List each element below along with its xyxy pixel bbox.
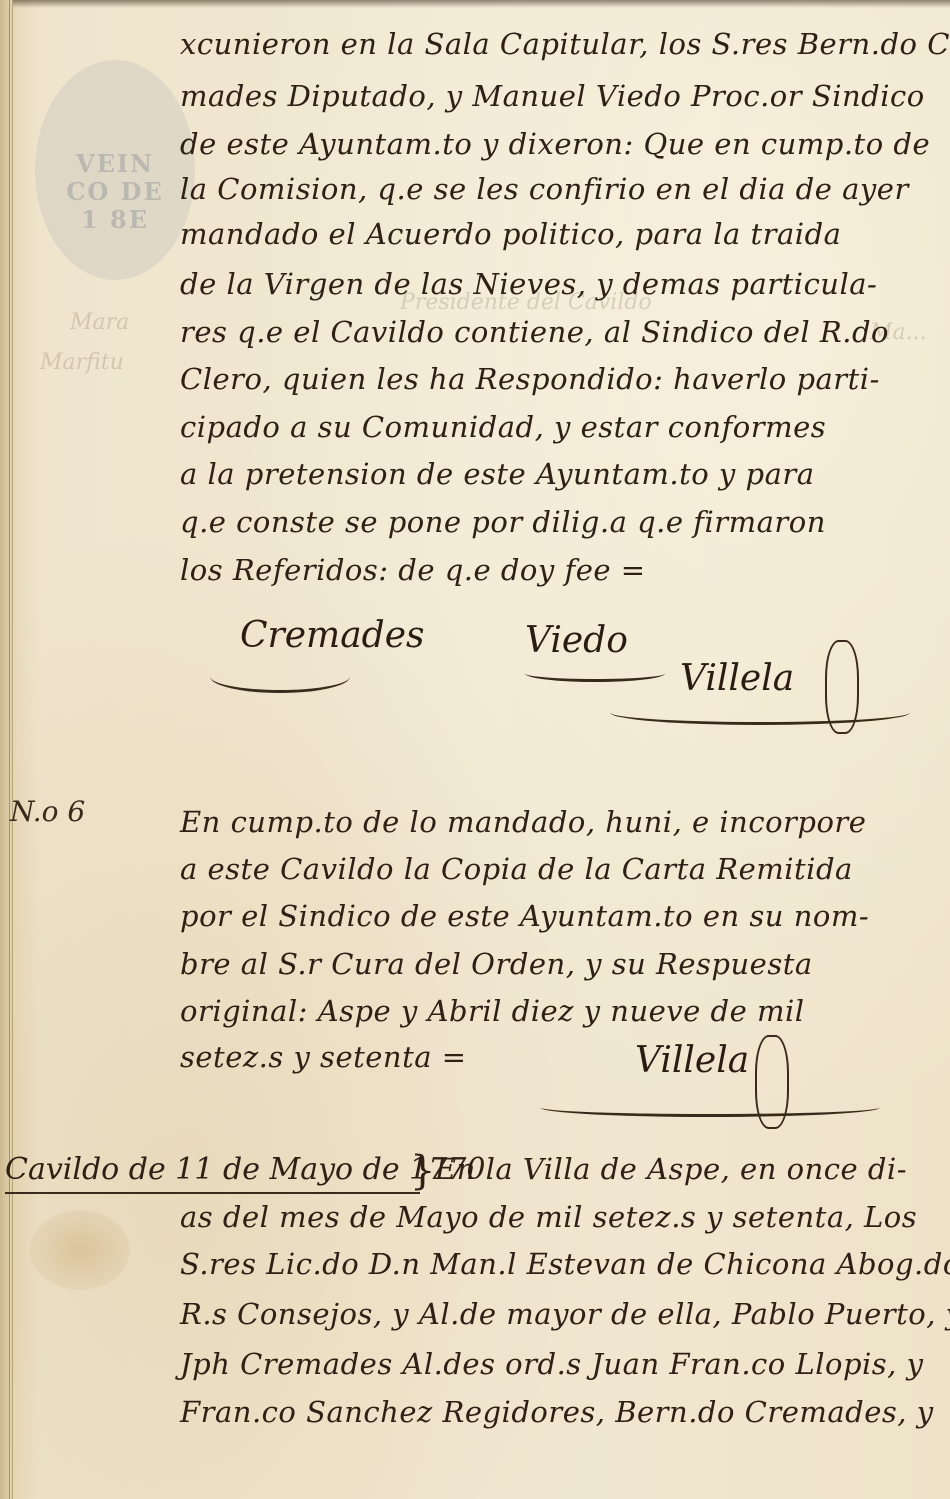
- manuscript-line: Fran.co Sanchez Regidores, Bern.do Crema…: [180, 1398, 934, 1427]
- signature-flourish: [610, 700, 910, 725]
- page-top-shadow: [0, 0, 950, 8]
- signature-viedo: Viedo: [525, 620, 628, 661]
- manuscript-line: a la pretension de este Ayuntam.to y par…: [180, 460, 815, 489]
- gutter-fold-line: [9, 0, 10, 1499]
- stamp-line: VEIN: [35, 150, 195, 178]
- manuscript-line: En la Villa de Aspe, en once di-: [435, 1155, 907, 1184]
- margin-note-number: N.o 6: [10, 795, 85, 828]
- manuscript-line: setez.s y setenta =: [180, 1043, 467, 1072]
- manuscript-line: res q.e el Cavildo contiene, al Sindico …: [180, 318, 889, 347]
- bleed-through-text: Marfitu: [40, 350, 124, 375]
- manuscript-line: de este Ayuntam.to y dixeron: Que en cum…: [180, 130, 930, 159]
- manuscript-line: q.e conste se pone por dilig.a q.e firma…: [180, 508, 826, 537]
- manuscript-line: de la Virgen de las Nieves, y demas part…: [180, 270, 877, 299]
- manuscript-line: la Comision, q.e se les confirio en el d…: [180, 175, 909, 204]
- signature-villela: Villela: [680, 658, 794, 699]
- manuscript-line: los Referidos: de q.e doy fee =: [180, 556, 646, 585]
- manuscript-line: xcunieron en la Sala Capitular, los S.re…: [180, 30, 950, 59]
- manuscript-line: as del mes de Mayo de mil setez.s y sete…: [180, 1203, 917, 1232]
- manuscript-line: En cump.to de lo mandado, huni, e incorp…: [180, 808, 866, 837]
- manuscript-line: Clero, quien les ha Respondido: haverlo …: [180, 365, 880, 394]
- stamp-line: CO DE: [35, 178, 195, 206]
- signature-villela: Villela: [635, 1040, 749, 1081]
- signature-flourish: [540, 1098, 880, 1117]
- manuscript-line: a este Cavildo la Copia de la Carta Remi…: [180, 855, 853, 884]
- brace-mark: }: [410, 1148, 435, 1194]
- manuscript-line: original: Aspe y Abril diez y nueve de m…: [180, 997, 805, 1026]
- book-binding-edge: [0, 0, 13, 1499]
- manuscript-page: VEIN CO DE 1 8E Mara Marfitu Presidente …: [0, 0, 950, 1499]
- paper-stain: [30, 1210, 130, 1290]
- stamp-line: 1 8E: [35, 206, 195, 234]
- manuscript-line: R.s Consejos, y Al.de mayor de ella, Pab…: [180, 1300, 950, 1329]
- manuscript-line: mandado el Acuerdo politico, para la tra…: [180, 220, 841, 249]
- manuscript-line: cipado a su Comunidad, y estar conformes: [180, 413, 826, 442]
- manuscript-line: bre al S.r Cura del Orden, y su Respuest…: [180, 950, 813, 979]
- faded-ink-stamp: VEIN CO DE 1 8E: [35, 60, 195, 280]
- heading-underline: [5, 1192, 420, 1194]
- signature-flourish: [210, 660, 350, 693]
- manuscript-line: mades Diputado, y Manuel Viedo Proc.or S…: [180, 82, 925, 111]
- bleed-through-text: Mara: [70, 310, 129, 335]
- manuscript-line: por el Sindico de este Ayuntam.to en su …: [180, 902, 869, 931]
- manuscript-line: Jph Cremades Al.des ord.s Juan Fran.co L…: [180, 1350, 924, 1379]
- signature-cremades: Cremades: [240, 615, 424, 656]
- signature-flourish: [525, 665, 665, 682]
- manuscript-line: S.res Lic.do D.n Man.l Estevan de Chicon…: [180, 1250, 950, 1279]
